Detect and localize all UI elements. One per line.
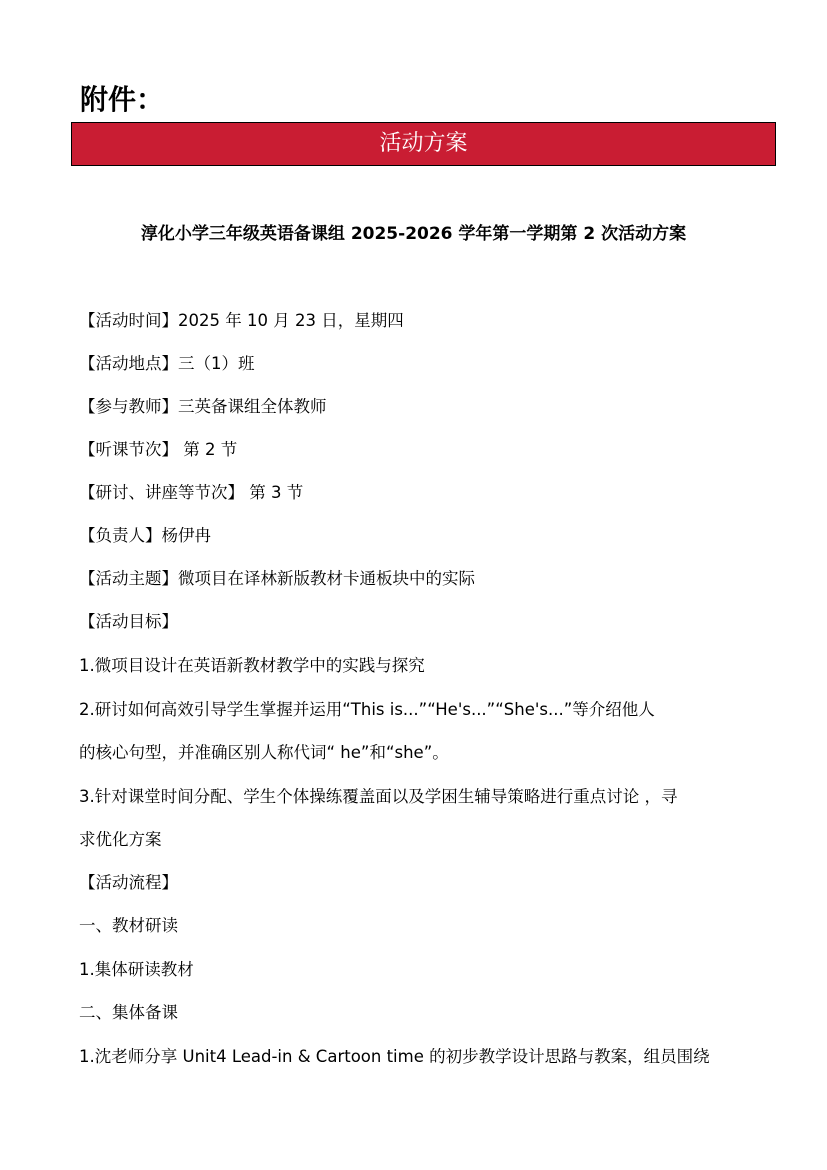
field-activity-time: 【活动时间】2025 年 10 月 23 日，星期四: [79, 308, 404, 334]
goal-item: 2.研讨如何高效引导学生掌握并运用“This is...”“He's...”“S…: [79, 697, 655, 723]
field-value: 微项目在译林新版教材卡通板块中的实际: [178, 569, 475, 588]
attachment-label: 附件：: [80, 80, 164, 120]
field-observe-period: 【听课节次】 第 2 节: [79, 437, 237, 463]
banner-title: 活动方案: [379, 123, 467, 165]
field-label: 【研讨、讲座等节次】: [79, 483, 244, 502]
document-title: 淳化小学三年级英语备课组 2025-2026 学年第一学期第 2 次活动方案: [0, 219, 827, 249]
field-label: 【活动地点】: [79, 354, 178, 373]
field-value: 第 3 节: [244, 483, 303, 502]
process-heading: 【活动流程】: [79, 870, 178, 896]
goal-item: 1.微项目设计在英语新教材教学中的实践与探究: [79, 653, 425, 679]
field-value: 三（1）班: [178, 354, 255, 373]
field-value: 三英备课组全体教师: [178, 397, 327, 416]
field-label: 【参与教师】: [79, 397, 178, 416]
field-value: 杨伊冉: [162, 526, 212, 545]
process-section-heading: 二、集体备课: [79, 1000, 178, 1026]
field-label: 【听课节次】: [79, 440, 178, 459]
field-value: 第 2 节: [178, 440, 237, 459]
process-item: 1.沈老师分享 Unit4 Lead-in & Cartoon time 的初步…: [79, 1044, 710, 1070]
goals-heading: 【活动目标】: [79, 609, 178, 635]
goal-item-continued: 的核心句型，并准确区别人称代词“ he”和“she”。: [79, 740, 449, 766]
field-activity-location: 【活动地点】三（1）班: [79, 351, 255, 377]
goal-item-continued: 求优化方案: [79, 827, 162, 853]
field-label: 【活动时间】: [79, 311, 178, 330]
field-activity-theme: 【活动主题】微项目在译林新版教材卡通板块中的实际: [79, 566, 475, 592]
field-value: 2025 年 10 月 23 日，星期四: [178, 311, 404, 330]
field-label: 【负责人】: [79, 526, 162, 545]
process-section-heading: 一、教材研读: [79, 913, 178, 939]
process-item: 1.集体研读教材: [79, 957, 194, 983]
goal-item: 3.针对课堂时间分配、学生个体操练覆盖面以及学困生辅导策略进行重点讨论 ，寻: [79, 784, 678, 810]
title-banner: 活动方案: [71, 122, 776, 166]
field-participants: 【参与教师】三英备课组全体教师: [79, 394, 327, 420]
field-seminar-period: 【研讨、讲座等节次】 第 3 节: [79, 480, 303, 506]
field-person-in-charge: 【负责人】杨伊冉: [79, 523, 211, 549]
field-label: 【活动主题】: [79, 569, 178, 588]
